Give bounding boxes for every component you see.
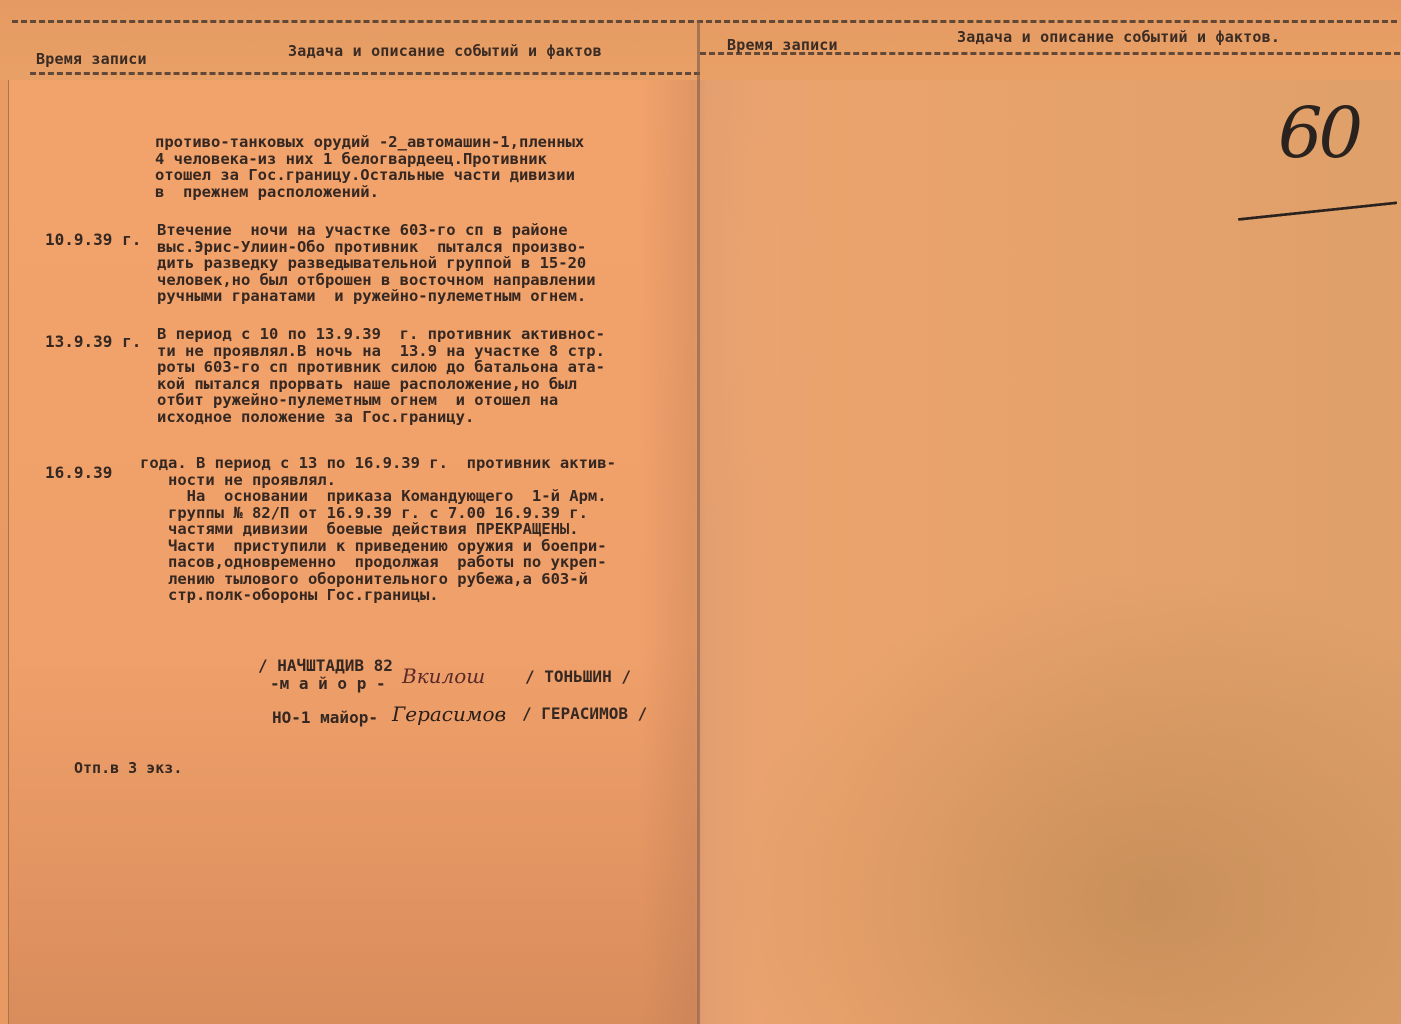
entry-date: 13.9.39 г. [45,332,141,351]
signature-2-title: НО-1 майор- [272,708,378,727]
page-fold-shadow [640,80,760,1024]
header-bottom-rule [30,72,700,75]
right-column-description-header: Задача и описание событий и фактов. [957,28,1280,46]
signature-1-title: / НАЧШТАДИВ 82 [258,656,393,675]
left-column-time-header: Время записи [36,50,147,68]
page-fold [697,20,700,1024]
left-column-description-header: Задача и описание событий и фактов [288,42,602,60]
signature-1-name: / ТОНЬШИН / [525,667,631,686]
signature-1-handwritten: Вкилош [402,664,485,688]
entry-text: года. В период с 13 по 16.9.39 г. против… [140,455,616,604]
entry-date: 16.9.39 [45,463,112,482]
entry-date: 10.9.39 г. [45,230,141,249]
entry-text: В период с 10 по 13.9.39 г. противник ак… [157,326,605,425]
header-top-rule [12,20,1397,23]
signature-2-name: / ГЕРАСИМОВ / [522,704,647,723]
footer-note: Отп.в 3 экз. [74,759,182,777]
entry-text: Втечение ночи на участке 603-го сп в рай… [157,222,596,305]
right-column-time-header: Время записи [727,36,838,54]
signature-2-handwritten: Герасимов [392,702,506,726]
entry-continuation-text: противо-танковых орудий -2_автомашин-1,п… [155,134,584,200]
page-number: 60 [1278,92,1359,174]
signature-1-rank: -м а й о р - [270,674,386,693]
